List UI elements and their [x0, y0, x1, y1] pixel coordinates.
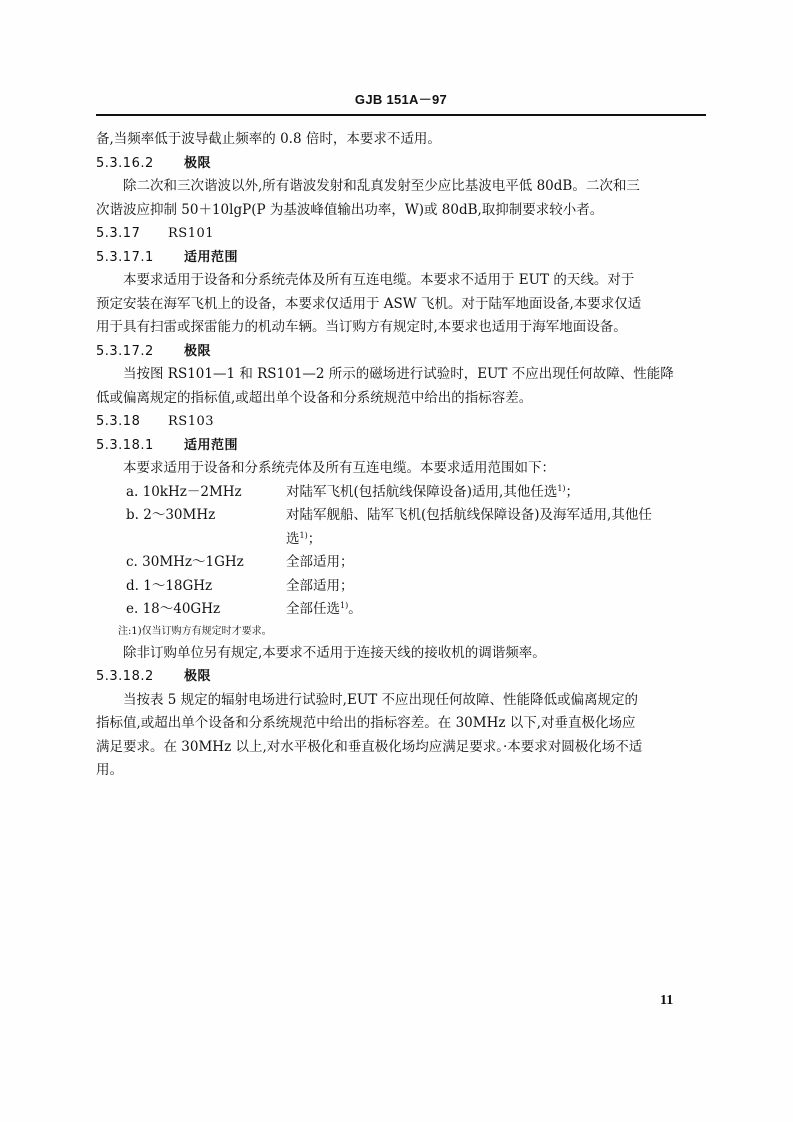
paragraph-line: 指标值,或超出单个设备和分系统规范中给出的指标容差。在 30MHz 以下,对垂直…	[96, 712, 708, 736]
footnote: 注:1)仅当订购方有规定时才要求。	[96, 622, 708, 642]
section-heading-5-3-17-1: 5.3.17.1适用范围	[96, 246, 708, 270]
section-heading-5-3-18: 5.3.18RS103	[96, 410, 708, 434]
section-number: 5.3.18.2	[96, 665, 184, 689]
paragraph-line: 用于具有扫雷或探雷能力的机动车辆。当订购方有规定时,本要求也适用于海军地面设备。	[96, 316, 708, 340]
section-title: 极限	[184, 156, 211, 171]
list-item-c: c. 30MHz～1GHz 全部适用；	[96, 551, 708, 575]
paragraph-line: 除非订购单位另有规定,本要求不适用于连接天线的接收机的调谐频率。	[96, 642, 708, 666]
section-title: 适用范围	[184, 438, 238, 453]
section-title: RS103	[168, 414, 214, 429]
list-item-label: b. 2～30MHz	[96, 504, 286, 528]
section-number: 5.3.18	[96, 410, 168, 434]
section-number: 5.3.17.2	[96, 340, 184, 364]
running-header: GJB 151A－97	[96, 89, 706, 108]
header-rule	[96, 114, 706, 116]
paragraph-line: 本要求适用于设备和分系统壳体及所有互连电缆。本要求适用范围如下：	[96, 457, 708, 481]
section-title: 极限	[184, 669, 211, 684]
list-item-label: c. 30MHz～1GHz	[96, 551, 286, 575]
section-number: 5.3.17	[96, 222, 168, 246]
section-title: RS101	[168, 226, 214, 241]
section-heading-5-3-17-2: 5.3.17.2极限	[96, 340, 708, 364]
list-item-desc: 全部任选1)。	[286, 598, 362, 622]
list-item-desc: 对陆军飞机(包括航线保障设备)适用,其他任选1)；	[286, 481, 579, 505]
section-title: 极限	[184, 344, 211, 359]
list-item-b-continuation: 选1)；	[96, 528, 708, 552]
section-number: 5.3.16.2	[96, 152, 184, 176]
section-heading-5-3-17: 5.3.17RS101	[96, 222, 708, 246]
list-item-label: e. 18～40GHz	[96, 598, 286, 622]
list-item-e: e. 18～40GHz 全部任选1)。	[96, 598, 708, 622]
paragraph-line: 预定安装在海军飞机上的设备，本要求仅适用于 ASW 飞机。对于陆军地面设备,本要…	[96, 293, 708, 317]
paragraph-line: 当按图 RS101—1 和 RS101—2 所示的磁场进行试验时，EUT 不应出…	[96, 363, 708, 387]
body-text: 备,当频率低于波导截止频率的 0.8 倍时，本要求不适用。 5.3.16.2极限…	[96, 128, 708, 783]
paragraph-line: 次谐波应抑制 50＋10lgP(P 为基波峰值输出功率，W)或 80dB,取抑制…	[96, 199, 708, 223]
list-item-d: d. 1～18GHz 全部适用；	[96, 575, 708, 599]
paragraph-continuation: 备,当频率低于波导截止频率的 0.8 倍时，本要求不适用。	[96, 128, 708, 152]
section-heading-5-3-16-2: 5.3.16.2极限	[96, 152, 708, 176]
document-page: GJB 151A－97 备,当频率低于波导截止频率的 0.8 倍时，本要求不适用…	[0, 0, 793, 1122]
paragraph-line: 用。	[96, 759, 708, 783]
list-item-desc: 全部适用；	[286, 551, 354, 575]
footnote-ref: 1)	[340, 601, 348, 610]
section-number: 5.3.17.1	[96, 246, 184, 270]
page-number: 11	[660, 993, 673, 1009]
section-number: 5.3.18.1	[96, 434, 184, 458]
paragraph-line: 本要求适用于设备和分系统壳体及所有互连电缆。本要求不适用于 EUT 的天线。对于	[96, 269, 708, 293]
list-item-desc: 对陆军舰船、陆军飞机(包括航线保障设备)及海军适用,其他任	[286, 504, 652, 528]
list-item-a: a. 10kHz－2MHz 对陆军飞机(包括航线保障设备)适用,其他任选1)；	[96, 481, 708, 505]
paragraph-line: 满足要求。在 30MHz 以上,对水平极化和垂直极化场均应满足要求。·本要求对圆…	[96, 736, 708, 760]
section-title: 适用范围	[184, 250, 238, 265]
section-heading-5-3-18-2: 5.3.18.2极限	[96, 665, 708, 689]
paragraph-line: 低或偏离规定的指标值,或超出单个设备和分系统规范中给出的指标容差。	[96, 387, 708, 411]
paragraph-line: 除二次和三次谐波以外,所有谐波发射和乱真发射至少应比基波电平低 80dB。二次和…	[96, 175, 708, 199]
list-item-desc: 全部适用；	[286, 575, 354, 599]
list-item-label: a. 10kHz－2MHz	[96, 481, 286, 505]
list-item-b: b. 2～30MHz 对陆军舰船、陆军飞机(包括航线保障设备)及海军适用,其他任	[96, 504, 708, 528]
footnote-ref: 1)	[300, 531, 308, 540]
list-item-label: d. 1～18GHz	[96, 575, 286, 599]
footnote-ref: 1)	[557, 484, 565, 493]
section-heading-5-3-18-1: 5.3.18.1适用范围	[96, 434, 708, 458]
paragraph-line: 当按表 5 规定的辐射电场进行试验时,EUT 不应出现任何故障、性能降低或偏离规…	[96, 689, 708, 713]
